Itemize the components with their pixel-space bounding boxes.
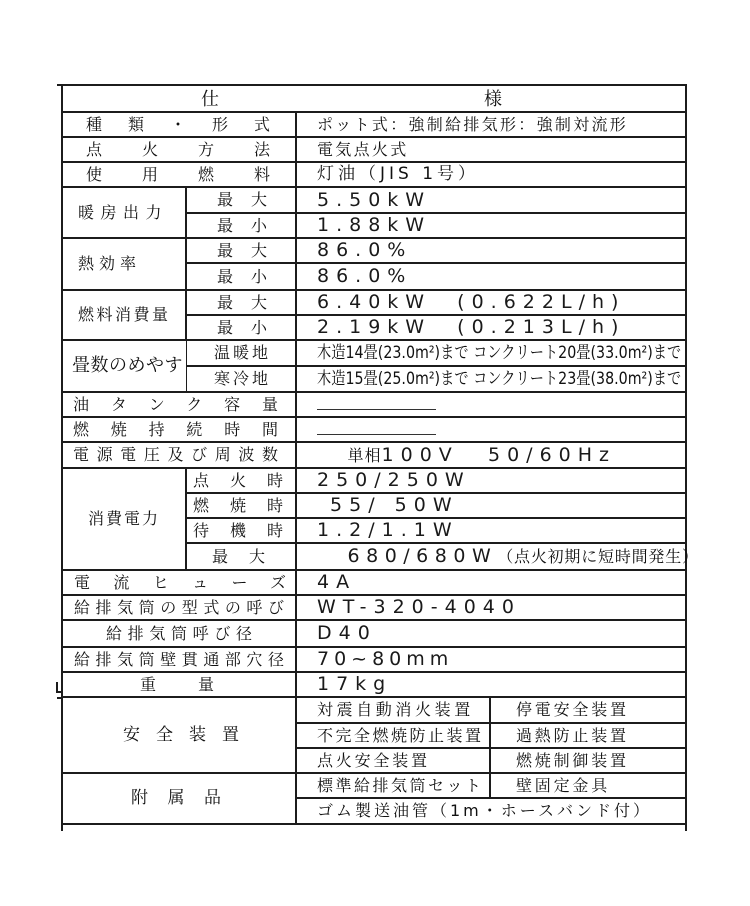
sublabel-heating-max: 最大 — [185, 186, 297, 214]
value-room-cold: 木造15畳(25.0m²)まで コンクリート23畳(38.0m²)まで — [295, 365, 687, 393]
value-power-ignition: 250/250W — [295, 467, 687, 494]
label-fuse: 電流ヒューズ — [61, 569, 297, 596]
value-wall-hole: 70~80mm — [295, 646, 687, 673]
label-flue-diameter: 給排気筒呼び径 — [61, 619, 297, 648]
room-cold-text: 木造15畳(25.0m²)まで コンクリート23畳(38.0m²)まで — [317, 371, 681, 388]
label-flue-model: 給排気筒の型式の呼び — [61, 594, 297, 621]
sublabel-power-max: 最大 — [185, 542, 297, 571]
right-border-extension — [685, 823, 687, 831]
sublabel-heating-min: 最小 — [185, 212, 297, 239]
label-burn-duration: 燃焼持続時間 — [61, 416, 297, 443]
value-ignition-method: 電気点火式 — [295, 136, 687, 163]
label-safety-devices: 安全装置 — [61, 696, 297, 774]
left-border-extension — [61, 823, 63, 831]
sublabel-power-ignition: 点火時 — [185, 467, 297, 494]
value-fuse: 4A — [295, 569, 687, 596]
value-power-supply: 単相100V50/60Hz — [295, 441, 687, 469]
accessory-item: 壁固定金具 — [489, 772, 687, 799]
power-max-value: 680/680W — [348, 545, 498, 567]
power-voltage: 100V — [382, 444, 459, 466]
not-applicable-dash: — — [317, 409, 436, 410]
header-right-char: 様 — [484, 89, 502, 111]
safety-device-item: 停電安全装置 — [489, 696, 687, 724]
value-flue-diameter: D40 — [295, 619, 687, 648]
sublabel-room-warm: 温暖地 — [185, 339, 297, 367]
safety-device-item: 燃焼制御装置 — [489, 747, 687, 774]
value-type-format: ポット式：強制給排気形：強制対流形 — [295, 111, 687, 138]
label-power-consumption: 消費電力 — [61, 467, 187, 571]
header-left-char: 仕 — [201, 89, 219, 111]
label-fuel-consumption: 燃料消費量 — [61, 289, 187, 341]
sublabel-room-cold: 寒冷地 — [185, 365, 297, 393]
label-heating-output: 暖房出力 — [61, 186, 187, 239]
label-ignition-method: 点火方法 — [61, 136, 297, 163]
value-heating-max: 5.50kW — [295, 186, 687, 214]
sublabel-consumption-min: 最小 — [185, 314, 297, 341]
safety-device-item: 対震自動消火装置 — [295, 696, 491, 724]
label-room-size-guide: 畳数のめやす — [61, 339, 186, 393]
value-room-warm: 木造14畳(23.0m²)まで コンクリート20畳(33.0m²)まで — [295, 339, 687, 367]
value-weight: 17kg — [295, 671, 687, 698]
value-heating-min: 1.88kW — [295, 212, 687, 239]
accessory-item: ゴム製送油管（1m・ホースバンド付） — [295, 797, 687, 825]
spec-sheet-page: 仕 様 種類・形式 ポット式：強制給排気形：強制対流形 点火方法 電気点火式 使… — [0, 0, 750, 906]
value-oil-tank-capacity: — — [295, 391, 687, 418]
value-power-combustion: 55/ 50W — [295, 492, 687, 519]
value-efficiency-max: 86.0% — [295, 237, 687, 264]
value-consumption-min: 2.19kW (0.213L/h) — [295, 314, 687, 341]
label-accessories: 附属品 — [61, 772, 297, 825]
label-wall-hole: 給排気筒壁貫通部穴径 — [61, 646, 297, 673]
value-fuel: 灯油（JIS 1号） — [295, 161, 687, 188]
label-weight: 重量 — [61, 671, 297, 698]
value-power-max: 680/680W（点火初期に短時間発生） — [295, 542, 687, 571]
safety-device-item: 点火安全装置 — [295, 747, 491, 774]
label-type-format: 種類・形式 — [61, 111, 297, 138]
label-fuel: 使用燃料 — [61, 161, 297, 188]
label-thermal-efficiency: 熱効率 — [61, 237, 187, 291]
sublabel-power-standby: 待機時 — [185, 517, 297, 544]
sublabel-efficiency-max: 最大 — [185, 237, 297, 264]
power-frequency: 50/60Hz — [488, 446, 616, 465]
value-consumption-max: 6.40kW (0.622L/h) — [295, 289, 687, 316]
value-efficiency-min: 86.0% — [295, 262, 687, 291]
label-oil-tank-capacity: 油タンク容量 — [61, 391, 297, 418]
sublabel-power-combustion: 燃焼時 — [185, 492, 297, 519]
value-flue-model: WT-320-4040 — [295, 594, 687, 621]
spec-table-header: 仕 様 — [61, 84, 687, 113]
label-power-supply: 電源電圧及び周波数 — [61, 441, 297, 469]
accessory-item: 標準給排気筒セット — [295, 772, 491, 799]
safety-device-item: 過熱防止装置 — [489, 722, 687, 749]
safety-device-item: 不完全燃焼防止装置 — [295, 722, 491, 749]
power-phase: 単相 — [348, 446, 382, 465]
power-max-note: （点火初期に短時間発生） — [497, 547, 699, 566]
room-warm-text: 木造14畳(23.0m²)まで コンクリート20畳(33.0m²)まで — [317, 345, 681, 362]
sublabel-efficiency-min: 最小 — [185, 262, 297, 291]
sublabel-consumption-max: 最大 — [185, 289, 297, 316]
